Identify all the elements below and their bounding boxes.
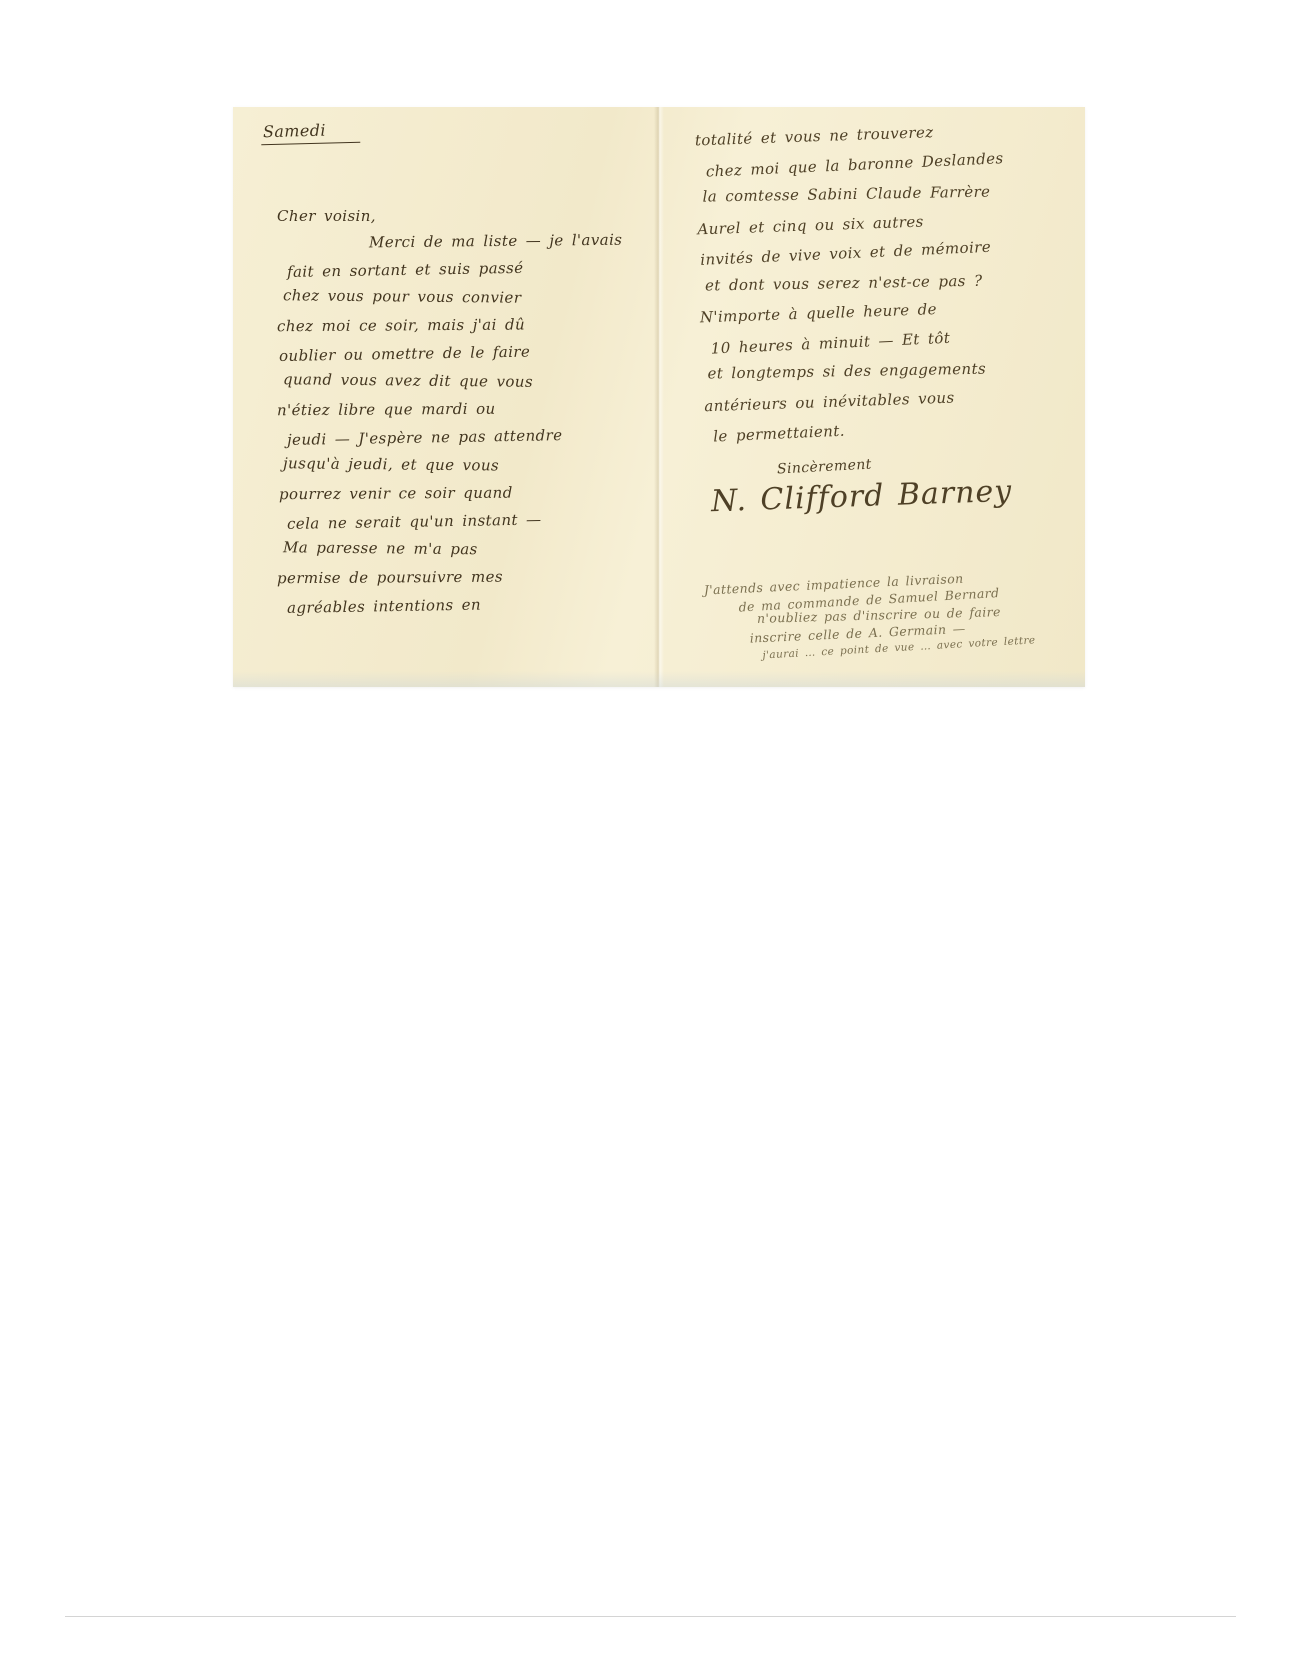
handwritten-line: n'étiez libre que mardi ou bbox=[277, 394, 623, 424]
date-heading: Samedi bbox=[261, 120, 360, 146]
closing: Sincèrement bbox=[777, 457, 873, 478]
page2-body: totalité et vous ne trouverezchez moi qu… bbox=[695, 117, 1012, 450]
salutation: Cher voisin, bbox=[277, 207, 376, 225]
handwritten-line: pourrez venir ce soir quand bbox=[279, 478, 623, 508]
letter-page-right: totalité et vous ne trouverezchez moi qu… bbox=[659, 107, 1085, 687]
postscript: J'attends avec impatience la livraisonde… bbox=[704, 569, 1036, 664]
signature: N. Clifford Barney bbox=[710, 474, 1012, 519]
handwritten-line: jusqu'à jeudi, et que vous bbox=[283, 449, 623, 481]
handwritten-line: permise de poursuivre mes bbox=[277, 562, 623, 592]
handwritten-line: chez moi ce soir, mais j'ai dû bbox=[277, 310, 623, 340]
letter-scan: Samedi Cher voisin, Merci de ma liste — … bbox=[233, 107, 1085, 687]
handwritten-line: agréables intentions en bbox=[287, 588, 623, 622]
handwritten-line: chez vous pour vous convier bbox=[283, 281, 623, 313]
page1-body: Merci de ma liste — je l'avaisfait en so… bbox=[277, 227, 622, 619]
handwritten-line: quand vous avez dit que vous bbox=[283, 365, 623, 397]
footer-divider bbox=[65, 1616, 1236, 1617]
letter-page-left: Samedi Cher voisin, Merci de ma liste — … bbox=[233, 107, 659, 687]
handwritten-line: Ma paresse ne m'a pas bbox=[283, 533, 623, 565]
